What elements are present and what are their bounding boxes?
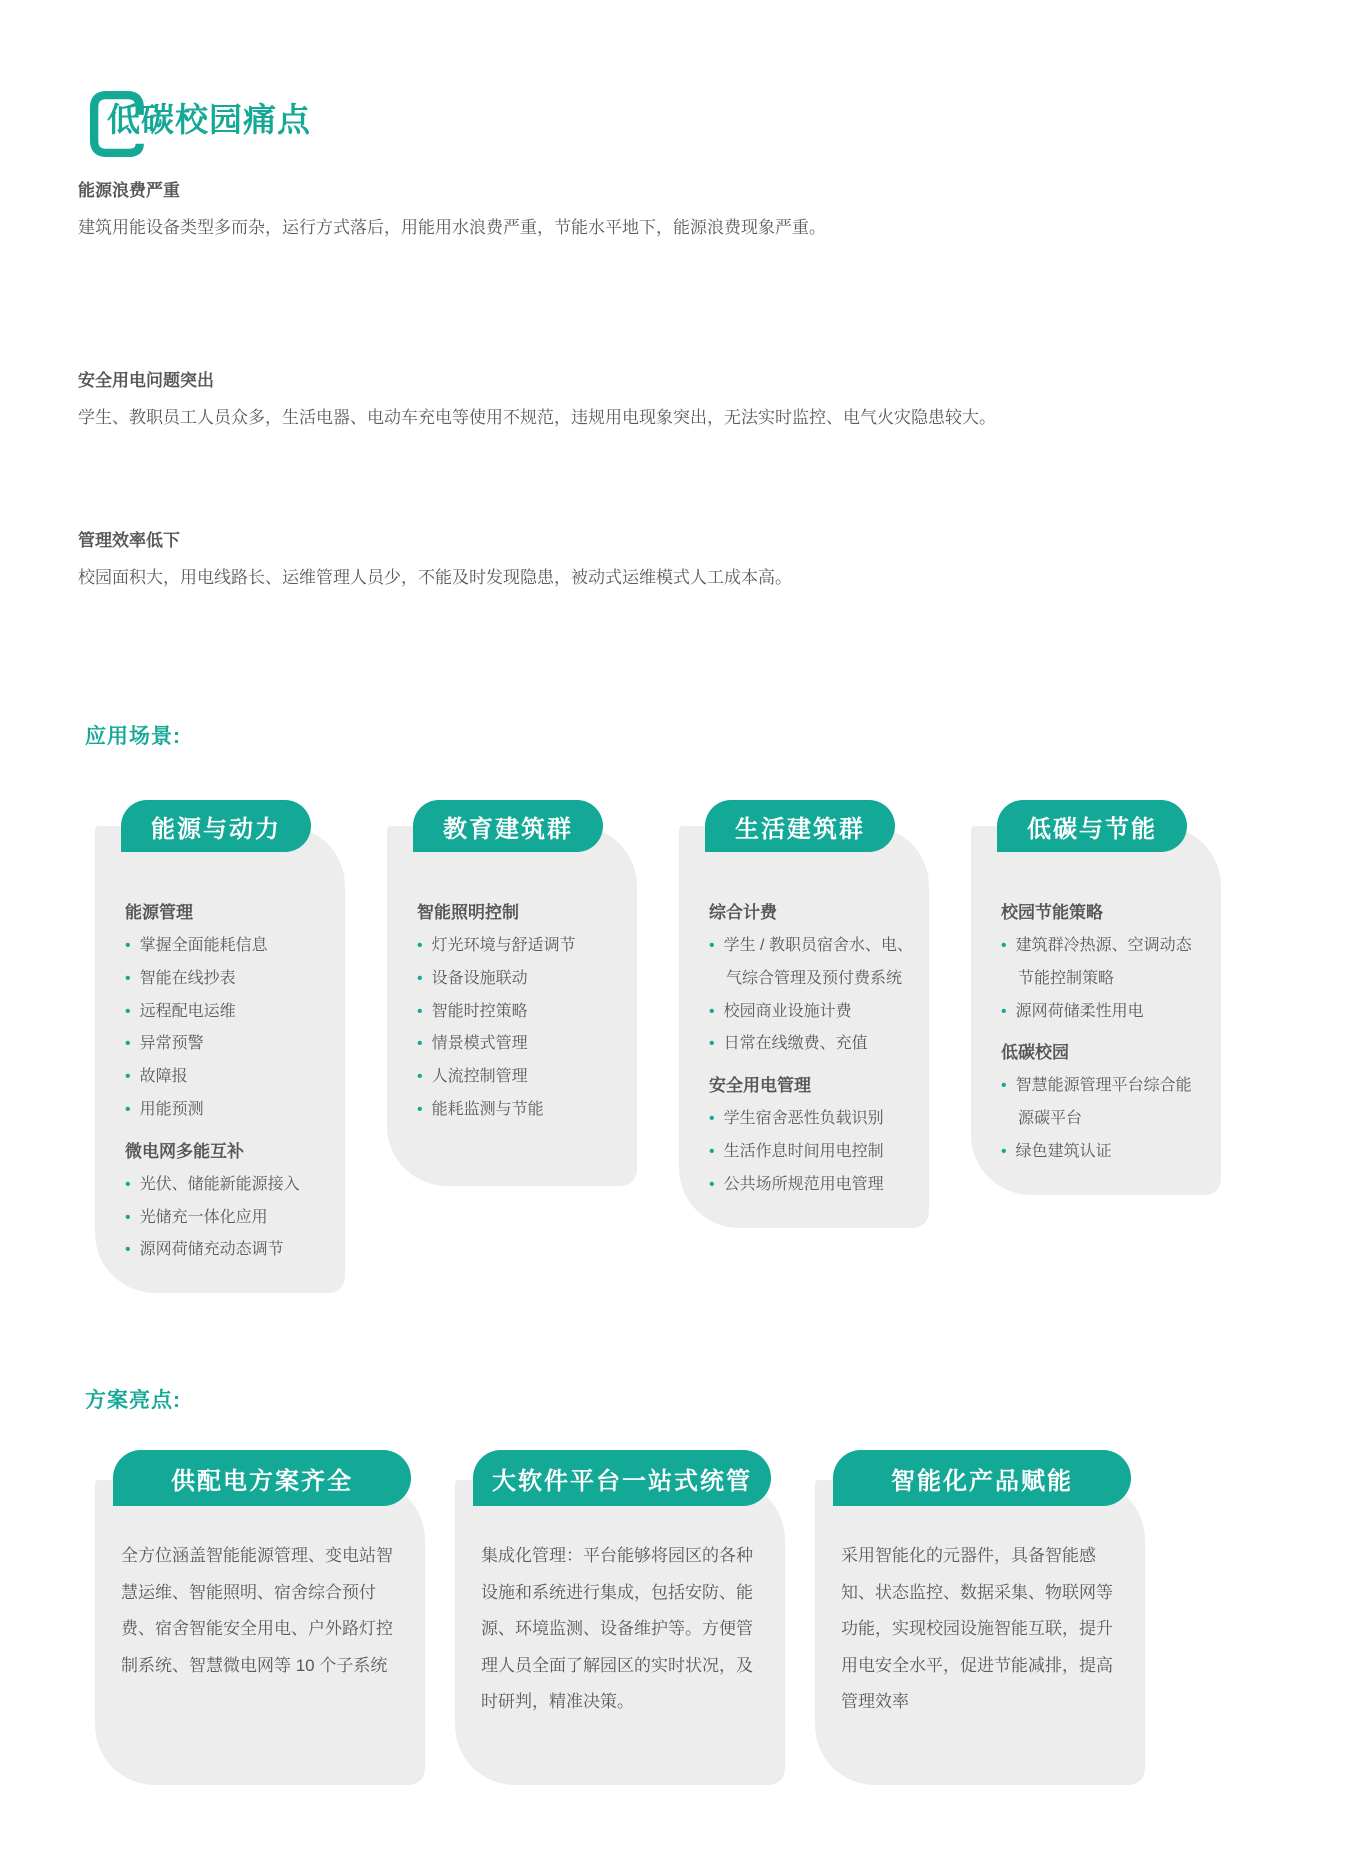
pain-heading: 管理效率低下: [78, 526, 1288, 551]
highlight-card-body: 全方位涵盖智能能源管理、变电站智慧运维、智能照明、宿舍综合预付费、宿舍智能安全用…: [95, 1480, 425, 1785]
pain-section-electric-safety: 安全用电问题突出 学生、教职员工人员众多，生活电器、电动车充电等使用不规范，违规…: [78, 366, 1288, 430]
group-heading: 低碳校园: [1001, 1036, 1205, 1070]
list-item: 校园商业设施计费: [709, 996, 913, 1029]
highlight-card-intelligent-products: 智能化产品赋能 采用智能化的元器件，具备智能感知、状态监控、数据采集、物联网等功…: [815, 1450, 1145, 1785]
group-smart-lighting: 智能照明控制 灯光环境与舒适调节 设备设施联动 智能时控策略 情景模式管理 人流…: [417, 896, 621, 1127]
list-item: 源网荷储充动态调节: [125, 1234, 329, 1267]
scenarios-row: 能源与动力 能源管理 掌握全面能耗信息 智能在线抄表 远程配电运维 异常预警 故…: [95, 800, 1221, 1293]
list-item: 光伏、储能新能源接入: [125, 1169, 329, 1202]
page: 低碳校园痛点 能源浪费严重 建筑用能设备类型多而杂，运行方式落后，用能用水浪费严…: [0, 0, 1350, 1862]
list-item: 智能在线抄表: [125, 963, 329, 996]
page-title: 低碳校园痛点: [107, 94, 311, 141]
bullet-list: 掌握全面能耗信息 智能在线抄表 远程配电运维 异常预警 故障报 用能预测: [125, 930, 329, 1127]
list-item: 用能预测: [125, 1094, 329, 1127]
group-heading: 校园节能策略: [1001, 896, 1205, 930]
pain-heading: 安全用电问题突出: [78, 366, 1288, 391]
group-microgrid: 微电网多能互补 光伏、储能新能源接入 光储充一体化应用 源网荷储充动态调节: [125, 1135, 329, 1267]
group-heading: 综合计费: [709, 896, 913, 930]
list-item: 日常在线缴费、充值: [709, 1028, 913, 1061]
group-heading: 能源管理: [125, 896, 329, 930]
scenario-card-living-buildings: 生活建筑群 综合计费 学生 / 教职员宿舍水、电、气综合管理及预付费系统 校园商…: [679, 800, 929, 1228]
scenario-card-title: 低碳与节能: [997, 800, 1187, 852]
highlight-card-body: 采用智能化的元器件，具备智能感知、状态监控、数据采集、物联网等功能，实现校园设施…: [815, 1480, 1145, 1785]
scenario-card-title: 教育建筑群: [413, 800, 603, 852]
scenarios-section-label: 应用场景:: [85, 720, 181, 750]
pain-section-energy-waste: 能源浪费严重 建筑用能设备类型多而杂，运行方式落后，用能用水浪费严重，节能水平地…: [78, 176, 1288, 240]
list-item: 灯光环境与舒适调节: [417, 930, 621, 963]
bullet-list: 学生 / 教职员宿舍水、电、气综合管理及预付费系统 校园商业设施计费 日常在线缴…: [709, 930, 913, 1061]
highlight-card-software-platform: 大软件平台一站式统管 集成化管理：平台能够将园区的各种设施和系统进行集成，包括安…: [455, 1450, 785, 1785]
group-integrated-billing: 综合计费 学生 / 教职员宿舍水、电、气综合管理及预付费系统 校园商业设施计费 …: [709, 896, 913, 1061]
list-item: 公共场所规范用电管理: [709, 1169, 913, 1202]
list-item: 故障报: [125, 1061, 329, 1094]
group-energy-management: 能源管理 掌握全面能耗信息 智能在线抄表 远程配电运维 异常预警 故障报 用能预…: [125, 896, 329, 1127]
highlight-body-text: 全方位涵盖智能能源管理、变电站智慧运维、智能照明、宿舍综合预付费、宿舍智能安全用…: [121, 1538, 403, 1684]
pain-section-management-efficiency: 管理效率低下 校园面积大，用电线路长、运维管理人员少，不能及时发现隐患，被动式运…: [78, 526, 1288, 590]
bullet-list: 学生宿舍恶性负载识别 生活作息时间用电控制 公共场所规范用电管理: [709, 1103, 913, 1201]
highlight-card-title: 大软件平台一站式统管: [473, 1450, 771, 1506]
group-heading: 安全用电管理: [709, 1069, 913, 1103]
list-item: 学生宿舍恶性负载识别: [709, 1103, 913, 1136]
highlights-section-label: 方案亮点:: [85, 1384, 181, 1414]
bullet-list: 光伏、储能新能源接入 光储充一体化应用 源网荷储充动态调节: [125, 1169, 329, 1267]
list-item: 人流控制管理: [417, 1061, 621, 1094]
group-heading: 微电网多能互补: [125, 1135, 329, 1169]
scenario-card-body: 综合计费 学生 / 教职员宿舍水、电、气综合管理及预付费系统 校园商业设施计费 …: [679, 826, 929, 1228]
pain-body: 校园面积大，用电线路长、运维管理人员少，不能及时发现隐患，被动式运维模式人工成本…: [78, 566, 1288, 590]
list-item: 异常预警: [125, 1028, 329, 1061]
pain-body: 学生、教职员工人员众多，生活电器、电动车充电等使用不规范，违规用电现象突出，无法…: [78, 406, 1288, 430]
group-safe-electricity: 安全用电管理 学生宿舍恶性负载识别 生活作息时间用电控制 公共场所规范用电管理: [709, 1069, 913, 1201]
list-item: 设备设施联动: [417, 963, 621, 996]
highlight-card-title: 供配电方案齐全: [113, 1450, 411, 1506]
scenario-card-energy-power: 能源与动力 能源管理 掌握全面能耗信息 智能在线抄表 远程配电运维 异常预警 故…: [95, 800, 345, 1293]
highlight-card-title: 智能化产品赋能: [833, 1450, 1131, 1506]
highlight-body-text: 采用智能化的元器件，具备智能感知、状态监控、数据采集、物联网等功能，实现校园设施…: [841, 1538, 1123, 1721]
list-item: 能耗监测与节能: [417, 1094, 621, 1127]
list-item: 情景模式管理: [417, 1028, 621, 1061]
scenario-card-body: 能源管理 掌握全面能耗信息 智能在线抄表 远程配电运维 异常预警 故障报 用能预…: [95, 826, 345, 1293]
scenario-card-title: 生活建筑群: [705, 800, 895, 852]
group-energy-saving-strategy: 校园节能策略 建筑群冷热源、空调动态节能控制策略 源网荷储柔性用电: [1001, 896, 1205, 1028]
scenario-card-education-buildings: 教育建筑群 智能照明控制 灯光环境与舒适调节 设备设施联动 智能时控策略 情景模…: [387, 800, 637, 1186]
list-item: 智慧能源管理平台综合能源碳平台: [1001, 1070, 1205, 1136]
highlight-card-power-distribution: 供配电方案齐全 全方位涵盖智能能源管理、变电站智慧运维、智能照明、宿舍综合预付费…: [95, 1450, 425, 1785]
pain-heading: 能源浪费严重: [78, 176, 1288, 201]
scenario-card-body: 校园节能策略 建筑群冷热源、空调动态节能控制策略 源网荷储柔性用电 低碳校园 智…: [971, 826, 1221, 1195]
bullet-list: 灯光环境与舒适调节 设备设施联动 智能时控策略 情景模式管理 人流控制管理 能耗…: [417, 930, 621, 1127]
highlight-body-text: 集成化管理：平台能够将园区的各种设施和系统进行集成，包括安防、能源、环境监测、设…: [481, 1538, 763, 1721]
list-item: 生活作息时间用电控制: [709, 1136, 913, 1169]
list-item: 掌握全面能耗信息: [125, 930, 329, 963]
pain-body: 建筑用能设备类型多而杂，运行方式落后，用能用水浪费严重，节能水平地下，能源浪费现…: [78, 216, 1288, 240]
list-item: 光储充一体化应用: [125, 1202, 329, 1235]
group-heading: 智能照明控制: [417, 896, 621, 930]
list-item: 建筑群冷热源、空调动态节能控制策略: [1001, 930, 1205, 996]
scenario-card-title: 能源与动力: [121, 800, 311, 852]
list-item: 源网荷储柔性用电: [1001, 996, 1205, 1029]
bullet-list: 智慧能源管理平台综合能源碳平台 绿色建筑认证: [1001, 1070, 1205, 1168]
highlight-card-body: 集成化管理：平台能够将园区的各种设施和系统进行集成，包括安防、能源、环境监测、设…: [455, 1480, 785, 1785]
list-item: 智能时控策略: [417, 996, 621, 1029]
highlights-row: 供配电方案齐全 全方位涵盖智能能源管理、变电站智慧运维、智能照明、宿舍综合预付费…: [95, 1450, 1145, 1785]
list-item: 绿色建筑认证: [1001, 1136, 1205, 1169]
bullet-list: 建筑群冷热源、空调动态节能控制策略 源网荷储柔性用电: [1001, 930, 1205, 1028]
scenario-card-low-carbon: 低碳与节能 校园节能策略 建筑群冷热源、空调动态节能控制策略 源网荷储柔性用电 …: [971, 800, 1221, 1195]
group-low-carbon-campus: 低碳校园 智慧能源管理平台综合能源碳平台 绿色建筑认证: [1001, 1036, 1205, 1168]
list-item: 学生 / 教职员宿舍水、电、气综合管理及预付费系统: [709, 930, 913, 996]
scenario-card-body: 智能照明控制 灯光环境与舒适调节 设备设施联动 智能时控策略 情景模式管理 人流…: [387, 826, 637, 1186]
list-item: 远程配电运维: [125, 996, 329, 1029]
